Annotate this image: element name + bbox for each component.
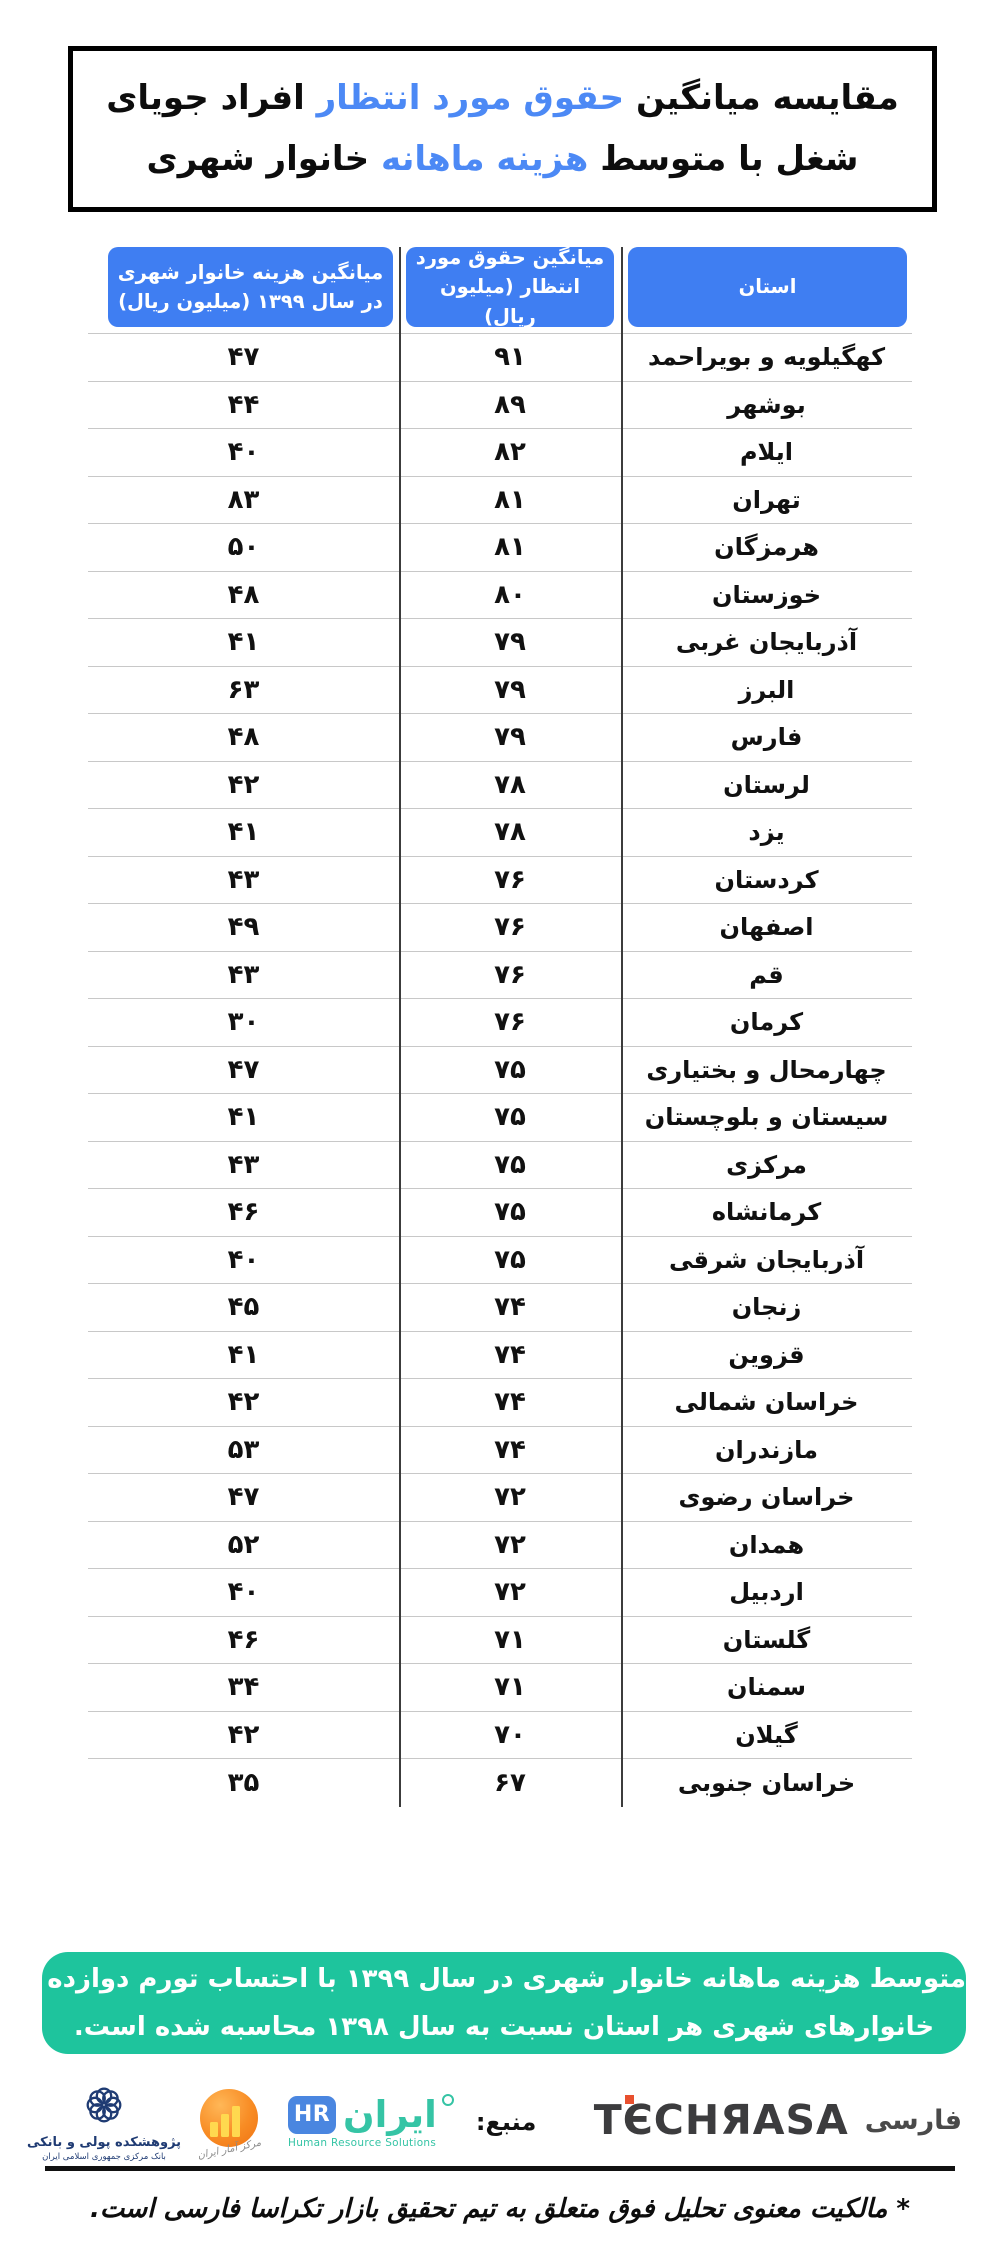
province-name: آذربایجان غربی — [621, 619, 912, 666]
province-comparison-table: استان میانگین حقوق مورد انتظار (میلیون ر… — [88, 245, 912, 1807]
province-name: سیستان و بلوچستان — [621, 1094, 912, 1141]
table-row: بوشهر ۸۹ ۴۴ — [88, 382, 912, 430]
province-name: کرمانشاه — [621, 1189, 912, 1236]
mbri-logo: پژوهشکده پولی و بانکی بانک مرکزی جمهوری … — [38, 2082, 170, 2162]
table-row: گیلان ۷۰ ۴۲ — [88, 1712, 912, 1760]
table-row: آذربایجان غربی ۷۹ ۴۱ — [88, 619, 912, 667]
table-row: خراسان جنوبی ۶۷ ۳۵ — [88, 1759, 912, 1807]
household-expense-value: ۵۲ — [88, 1522, 399, 1569]
household-expense-value: ۴۰ — [88, 429, 399, 476]
household-expense-value: ۴۴ — [88, 382, 399, 429]
table-row: سیستان و بلوچستان ۷۵ ۴۱ — [88, 1094, 912, 1142]
province-name: قم — [621, 952, 912, 999]
expected-salary-value: ۷۴ — [399, 1332, 621, 1379]
table-row: کرمان ۷۶ ۳۰ — [88, 999, 912, 1047]
copyright-footnote: * مالکیت معنوی تحلیل فوق متعلق به تیم تح… — [0, 2194, 1000, 2224]
table-row: کرمانشاه ۷۵ ۴۶ — [88, 1189, 912, 1237]
expected-salary-value: ۷۱ — [399, 1664, 621, 1711]
province-name: البرز — [621, 667, 912, 714]
table-row: البرز ۷۹ ۶۳ — [88, 667, 912, 715]
province-name: چهارمحال و بختیاری — [621, 1047, 912, 1094]
household-expense-value: ۴۶ — [88, 1189, 399, 1236]
province-name: خراسان رضوی — [621, 1474, 912, 1521]
expected-salary-value: ۷۹ — [399, 714, 621, 761]
techrasa-farsi-label: فارسی — [865, 2105, 962, 2136]
table-row: ایلام ۸۲ ۴۰ — [88, 429, 912, 477]
table-row: خوزستان ۸۰ ۴۸ — [88, 572, 912, 620]
table-row: خراسان رضوی ۷۲ ۴۷ — [88, 1474, 912, 1522]
title-box: مقایسه میانگین حقوق مورد انتظار افراد جو… — [68, 46, 937, 212]
expected-salary-value: ۷۲ — [399, 1522, 621, 1569]
techrasa-logo: TЄCHЯASA — [594, 2096, 849, 2144]
footer-divider — [45, 2166, 955, 2171]
table-row: اردبیل ۷۲ ۴۰ — [88, 1569, 912, 1617]
province-name: خراسان شمالی — [621, 1379, 912, 1426]
table-body: کهگیلویه و بویراحمد ۹۱ ۴۷ بوشهر ۸۹ ۴۴ ای… — [88, 334, 912, 1807]
expected-salary-value: ۸۹ — [399, 382, 621, 429]
household-expense-value: ۴۵ — [88, 1284, 399, 1331]
expected-salary-value: ۸۰ — [399, 572, 621, 619]
expected-salary-value: ۷۶ — [399, 952, 621, 999]
column-header-expected-salary: میانگین حقوق مورد انتظار (میلیون ریال) — [406, 247, 614, 327]
expected-salary-value: ۷۰ — [399, 1712, 621, 1759]
title-line-2: شغل با متوسط هزینه ماهانه خانوار شهری — [73, 129, 932, 190]
iranhr-wordmark-row: HR ایران — [288, 2096, 454, 2134]
expected-salary-value: ۷۴ — [399, 1284, 621, 1331]
table-row: خراسان شمالی ۷۴ ۴۲ — [88, 1379, 912, 1427]
expected-salary-value: ۷۵ — [399, 1189, 621, 1236]
expected-salary-value: ۸۱ — [399, 477, 621, 524]
expected-salary-value: ۷۵ — [399, 1142, 621, 1189]
household-expense-value: ۵۳ — [88, 1427, 399, 1474]
expected-salary-value: ۷۶ — [399, 857, 621, 904]
iranhr-subtitle: Human Resource Solutions — [288, 2137, 436, 2149]
header-cell-salary: میانگین حقوق مورد انتظار (میلیون ریال) — [399, 245, 621, 333]
province-name: زنجان — [621, 1284, 912, 1331]
table-row: مازندران ۷۴ ۵۳ — [88, 1427, 912, 1475]
expected-salary-value: ۸۱ — [399, 524, 621, 571]
household-expense-value: ۴۹ — [88, 904, 399, 951]
infographic-root: مقایسه میانگین حقوق مورد انتظار افراد جو… — [0, 0, 1000, 2250]
household-expense-value: ۴۱ — [88, 1332, 399, 1379]
amar-logo: مرکز آمار ایران — [192, 2089, 266, 2155]
table-row: قزوین ۷۴ ۴۱ — [88, 1332, 912, 1380]
mbri-name: پژوهشکده پولی و بانکی — [27, 2135, 181, 2150]
expected-salary-value: ۷۸ — [399, 809, 621, 856]
column-header-household-expense: میانگین هزینه خانوار شهری در سال ۱۳۹۹ (م… — [108, 247, 393, 327]
province-name: تهران — [621, 477, 912, 524]
province-name: مرکزی — [621, 1142, 912, 1189]
household-expense-value: ۴۳ — [88, 952, 399, 999]
table-row: مرکزی ۷۵ ۴۳ — [88, 1142, 912, 1190]
household-expense-value: ۳۰ — [88, 999, 399, 1046]
expected-salary-value: ۷۶ — [399, 904, 621, 951]
province-name: خوزستان — [621, 572, 912, 619]
red-square-icon — [625, 2095, 634, 2104]
expected-salary-value: ۶۷ — [399, 1759, 621, 1807]
table-row: کردستان ۷۶ ۴۳ — [88, 857, 912, 905]
bar-chart-icon — [232, 2106, 240, 2137]
amar-circle-icon — [200, 2089, 258, 2147]
province-name: گلستان — [621, 1617, 912, 1664]
province-name: لرستان — [621, 762, 912, 809]
household-expense-value: ۴۳ — [88, 857, 399, 904]
methodology-note: متوسط هزینه ماهانه خانوار شهری در سال ۱۳… — [42, 1952, 966, 2054]
mbri-subtitle: بانک مرکزی جمهوری اسلامی ایران — [42, 2152, 166, 2162]
province-name: اردبیل — [621, 1569, 912, 1616]
techrasa-brand: TЄCHЯASA فارسی — [594, 2096, 962, 2144]
bar-chart-icon — [210, 2122, 218, 2137]
province-name: کردستان — [621, 857, 912, 904]
province-name: کرمان — [621, 999, 912, 1046]
household-expense-value: ۴۸ — [88, 714, 399, 761]
household-expense-value: ۳۴ — [88, 1664, 399, 1711]
table-row: چهارمحال و بختیاری ۷۵ ۴۷ — [88, 1047, 912, 1095]
mbri-emblem-icon — [81, 2082, 127, 2132]
expected-salary-value: ۹۱ — [399, 334, 621, 381]
title-text: مقایسه میانگین — [624, 78, 899, 118]
title-accent-text: حقوق مورد انتظار — [317, 78, 625, 118]
note-line-2: خانوارهای شهری هر استان نسبت به سال ۱۳۹۸… — [42, 2003, 966, 2051]
header-cell-expense: میانگین هزینه خانوار شهری در سال ۱۳۹۹ (م… — [88, 245, 399, 333]
column-header-province: استان — [628, 247, 907, 327]
province-name: ایلام — [621, 429, 912, 476]
table-row: سمنان ۷۱ ۳۴ — [88, 1664, 912, 1712]
province-name: اصفهان — [621, 904, 912, 951]
household-expense-value: ۴۱ — [88, 1094, 399, 1141]
expected-salary-value: ۷۸ — [399, 762, 621, 809]
province-name: گیلان — [621, 1712, 912, 1759]
household-expense-value: ۴۱ — [88, 619, 399, 666]
province-name: سمنان — [621, 1664, 912, 1711]
expected-salary-value: ۷۲ — [399, 1474, 621, 1521]
title-text: افراد جویای — [106, 78, 316, 118]
expected-salary-value: ۷۱ — [399, 1617, 621, 1664]
expected-salary-value: ۷۴ — [399, 1427, 621, 1474]
household-expense-value: ۴۱ — [88, 809, 399, 856]
household-expense-value: ۳۵ — [88, 1759, 399, 1807]
expected-salary-value: ۷۹ — [399, 619, 621, 666]
province-name: قزوین — [621, 1332, 912, 1379]
title-text: شغل با متوسط — [588, 139, 858, 179]
expected-salary-value: ۷۶ — [399, 999, 621, 1046]
province-name: کهگیلویه و بویراحمد — [621, 334, 912, 381]
expected-salary-value: ۷۵ — [399, 1047, 621, 1094]
iranhr-ring-icon — [442, 2094, 454, 2106]
source-label: منبع: — [476, 2108, 536, 2136]
sources-row: پژوهشکده پولی و بانکی بانک مرکزی جمهوری … — [38, 2076, 536, 2168]
expected-salary-value: ۷۵ — [399, 1237, 621, 1284]
household-expense-value: ۴۷ — [88, 334, 399, 381]
household-expense-value: ۴۰ — [88, 1569, 399, 1616]
column-divider-line — [399, 247, 401, 1807]
household-expense-value: ۴۳ — [88, 1142, 399, 1189]
table-row: تهران ۸۱ ۸۳ — [88, 477, 912, 525]
household-expense-value: ۴۲ — [88, 1712, 399, 1759]
household-expense-value: ۵۰ — [88, 524, 399, 571]
table-row: گلستان ۷۱ ۴۶ — [88, 1617, 912, 1665]
household-expense-value: ۸۳ — [88, 477, 399, 524]
title-accent-text: هزینه ماهانه — [381, 139, 588, 179]
household-expense-value: ۴۲ — [88, 762, 399, 809]
table-row: آذربایجان شرقی ۷۵ ۴۰ — [88, 1237, 912, 1285]
table-header-row: استان میانگین حقوق مورد انتظار (میلیون ر… — [88, 245, 912, 334]
province-name: خراسان جنوبی — [621, 1759, 912, 1807]
table-row: قم ۷۶ ۴۳ — [88, 952, 912, 1000]
table-row: همدان ۷۲ ۵۲ — [88, 1522, 912, 1570]
table-row: اصفهان ۷۶ ۴۹ — [88, 904, 912, 952]
table-row: هرمزگان ۸۱ ۵۰ — [88, 524, 912, 572]
household-expense-value: ۴۰ — [88, 1237, 399, 1284]
household-expense-value: ۴۶ — [88, 1617, 399, 1664]
province-name: بوشهر — [621, 382, 912, 429]
table-row: زنجان ۷۴ ۴۵ — [88, 1284, 912, 1332]
table-row: یزد ۷۸ ۴۱ — [88, 809, 912, 857]
hr-badge-icon: HR — [288, 2096, 336, 2134]
column-divider-line — [621, 247, 623, 1807]
province-name: یزد — [621, 809, 912, 856]
table-row: فارس ۷۹ ۴۸ — [88, 714, 912, 762]
province-name: آذربایجان شرقی — [621, 1237, 912, 1284]
household-expense-value: ۶۳ — [88, 667, 399, 714]
province-name: مازندران — [621, 1427, 912, 1474]
province-name: فارس — [621, 714, 912, 761]
title-text: خانوار شهری — [147, 139, 381, 179]
note-line-1: متوسط هزینه ماهانه خانوار شهری در سال ۱۳… — [42, 1955, 966, 2003]
table-row: کهگیلویه و بویراحمد ۹۱ ۴۷ — [88, 334, 912, 382]
household-expense-value: ۴۷ — [88, 1474, 399, 1521]
table-row: لرستان ۷۸ ۴۲ — [88, 762, 912, 810]
household-expense-value: ۴۷ — [88, 1047, 399, 1094]
expected-salary-value: ۷۲ — [399, 1569, 621, 1616]
iranhr-wordmark: ایران — [343, 2096, 437, 2133]
title-line-1: مقایسه میانگین حقوق مورد انتظار افراد جو… — [73, 68, 932, 129]
household-expense-value: ۴۲ — [88, 1379, 399, 1426]
expected-salary-value: ۷۹ — [399, 667, 621, 714]
province-name: همدان — [621, 1522, 912, 1569]
expected-salary-value: ۸۲ — [399, 429, 621, 476]
iranhr-logo: HR ایران Human Resource Solutions — [288, 2096, 454, 2149]
header-cell-province: استان — [621, 245, 912, 333]
household-expense-value: ۴۸ — [88, 572, 399, 619]
expected-salary-value: ۷۴ — [399, 1379, 621, 1426]
province-name: هرمزگان — [621, 524, 912, 571]
expected-salary-value: ۷۵ — [399, 1094, 621, 1141]
bar-chart-icon — [221, 2114, 229, 2137]
